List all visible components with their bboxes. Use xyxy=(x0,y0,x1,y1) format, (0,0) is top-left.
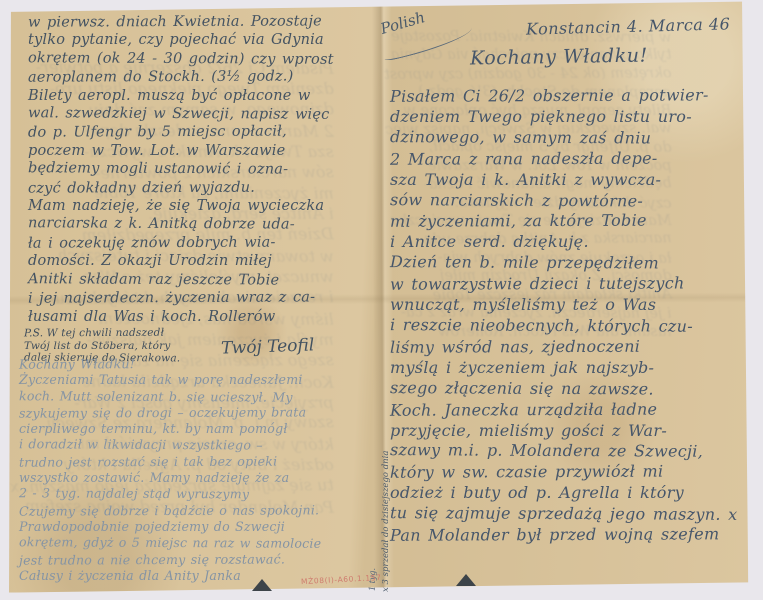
handwritten-line: i reszcie nieobecnych, których czu- xyxy=(390,315,738,338)
handwritten-line: szego złączenia się na zawsze. xyxy=(390,378,738,401)
handwritten-line: Prawdopodobnie pojedziemy do Szwecji xyxy=(19,519,321,535)
handwritten-line: Koch. Janeczka urządziła ładne xyxy=(390,399,738,421)
handwritten-line: koch. Mutt solenizant b. się ucieszył. M… xyxy=(19,388,321,406)
handwritten-line: odzież i buty od p. Agrella i który xyxy=(390,483,737,504)
dateline: Konstancin 4. Marca 46 xyxy=(526,14,731,38)
handwritten-line: Życzeniami Tatusia tak w porę nadeszłemi xyxy=(19,372,321,388)
handwritten-line: Twój list do Stöbera, który xyxy=(24,340,180,353)
handwritten-line: sów narciarskich z powtórne- xyxy=(390,190,738,213)
left-page-ink-text: w pierwsz. dniach Kwietnia. Pozostajetyl… xyxy=(28,13,334,326)
handwritten-line: łusami dla Was i koch. Rollerów xyxy=(28,308,334,326)
handwritten-line: w pierwsz. dniach Kwietnia. Pozostaje xyxy=(28,12,334,32)
handwritten-line: domości. Z okazji Urodzin miłej xyxy=(28,252,334,270)
handwritten-line: i Anitce serd. dziękuję. xyxy=(390,232,737,253)
handwritten-line: tu się zajmuje sprzedażą jego maszyn. x xyxy=(390,503,738,526)
handwritten-line: szawy m.i. p. Molandera ze Szwecji, xyxy=(390,440,738,463)
handwritten-line: i doradził w likwidacji wszystkiego – xyxy=(19,437,321,455)
handwritten-line: dzinowego, w samym zaś dniu xyxy=(390,127,738,150)
handwritten-line: mi życzeniami, za które Tobie xyxy=(390,211,738,233)
handwritten-line: 2 Marca z rana nadeszła depe- xyxy=(390,148,738,170)
handwritten-line: Kochany Władku! xyxy=(19,355,321,373)
handwritten-line: okrętem, gdyż o 5 miejsc na raz w samolo… xyxy=(19,534,321,552)
letter-scan: Pisałem Ci 26/2 obszernie a potwier-dzen… xyxy=(0,0,763,600)
handwritten-line: Pisałem Ci 26/2 obszernie a potwier- xyxy=(390,85,738,107)
handwritten-line: Całusy i życzenia dla Anity Janka xyxy=(19,568,321,584)
left-page: Pisałem Ci 26/2 obszernie a potwier-dzen… xyxy=(8,0,376,589)
handwritten-line: dzeniem Twego pięknego listu uro- xyxy=(390,107,737,128)
handwritten-line: jest trudno a nie chcemy się rozstawać. xyxy=(19,551,321,569)
handwritten-line: P.S. W tej chwili nadszedł xyxy=(24,327,180,340)
handwritten-line: trudno jest rozstać się i tak bez opieki xyxy=(19,453,321,471)
handwritten-line: Pan Molander był przed wojną szefem xyxy=(390,524,738,546)
handwritten-line: Bilety aeropl. muszą być opłacone w xyxy=(28,87,334,105)
handwritten-line: czyć dokładny dzień wyjazdu. xyxy=(28,178,334,198)
handwritten-line: Anitki składam raz jeszcze Tobie xyxy=(28,270,334,290)
handwritten-line: Mam nadzieję, że się Twoja wycieczka xyxy=(28,197,334,215)
handwritten-line: tylko pytanie, czy pojechać via Gdynia xyxy=(28,31,334,49)
handwritten-line: wal. szwedzkiej w Szwecji, napisz więc xyxy=(28,104,334,124)
handwritten-line: cierpliwego terminu, kt. by nam pomógł xyxy=(19,421,321,437)
handwritten-line: i jej najserdeczn. życzenia wraz z ca- xyxy=(28,288,334,308)
handwritten-line: sza Twoja i k. Anitki z wywcza- xyxy=(390,170,737,191)
handwritten-line: Czujemy się dobrze i bądźcie o nas spoko… xyxy=(19,502,321,520)
handwritten-line: myślą i życzeniem jak najszyb- xyxy=(390,358,737,379)
photo-mount-corner xyxy=(456,574,476,586)
handwritten-line: ła i oczekuję znów dobrych wia- xyxy=(28,233,334,253)
right-page-body-text: Pisałem Ci 26/2 obszernie a potwier-dzen… xyxy=(390,86,737,546)
handwritten-line: do p. Ulfengr by 5 miejsc opłacił, xyxy=(28,123,334,143)
handwritten-line: Dzień ten b. mile przepędziłem xyxy=(390,252,738,275)
handwritten-line: okrętem (ok 24 - 30 godzin) czy wprost xyxy=(28,49,334,69)
photo-mount-corner xyxy=(252,579,272,591)
left-page-pencil-text: Kochany Władku!Życzeniami Tatusia tak w … xyxy=(19,356,321,584)
right-page: w pierwsz. dniach Kwietnia. Pozostajetyl… xyxy=(378,0,746,589)
handwritten-line: będziemy mogli ustanowić i ozna- xyxy=(28,159,334,179)
handwritten-line: który w sw. czasie przywiózł mi xyxy=(390,462,738,484)
handwritten-line: narciarska z k. Anitką dobrze uda- xyxy=(28,215,334,235)
handwritten-line: liśmy wśród nas, zjednoczeni xyxy=(390,336,738,358)
handwritten-line: 2 - 3 tyg. najdalej stąd wyruszymy xyxy=(19,486,321,504)
handwritten-line: w towarzystwie dzieci i tutejszych xyxy=(390,273,738,295)
handwritten-line: aeroplanem do Stockh. (3½ godz.) xyxy=(28,68,334,88)
handwritten-line: wszystko zostawić. Mamy nadzieję że za xyxy=(19,470,321,486)
handwritten-line: poczem w Tow. Lot. w Warszawie xyxy=(28,142,334,160)
language-annotation: Polish xyxy=(378,8,427,38)
handwritten-line: wnucząt, myśleliśmy też o Was xyxy=(390,295,737,316)
vertical-margin-note: x 3 sprzedał do dzisiejszego dnia xyxy=(381,451,391,592)
handwritten-line: szykujemy się do drogi – oczekujemy brat… xyxy=(19,404,321,422)
salutation: Kochany Władku! xyxy=(470,44,648,69)
handwritten-line: przyjęcie, mieliśmy gości z War- xyxy=(390,421,737,442)
